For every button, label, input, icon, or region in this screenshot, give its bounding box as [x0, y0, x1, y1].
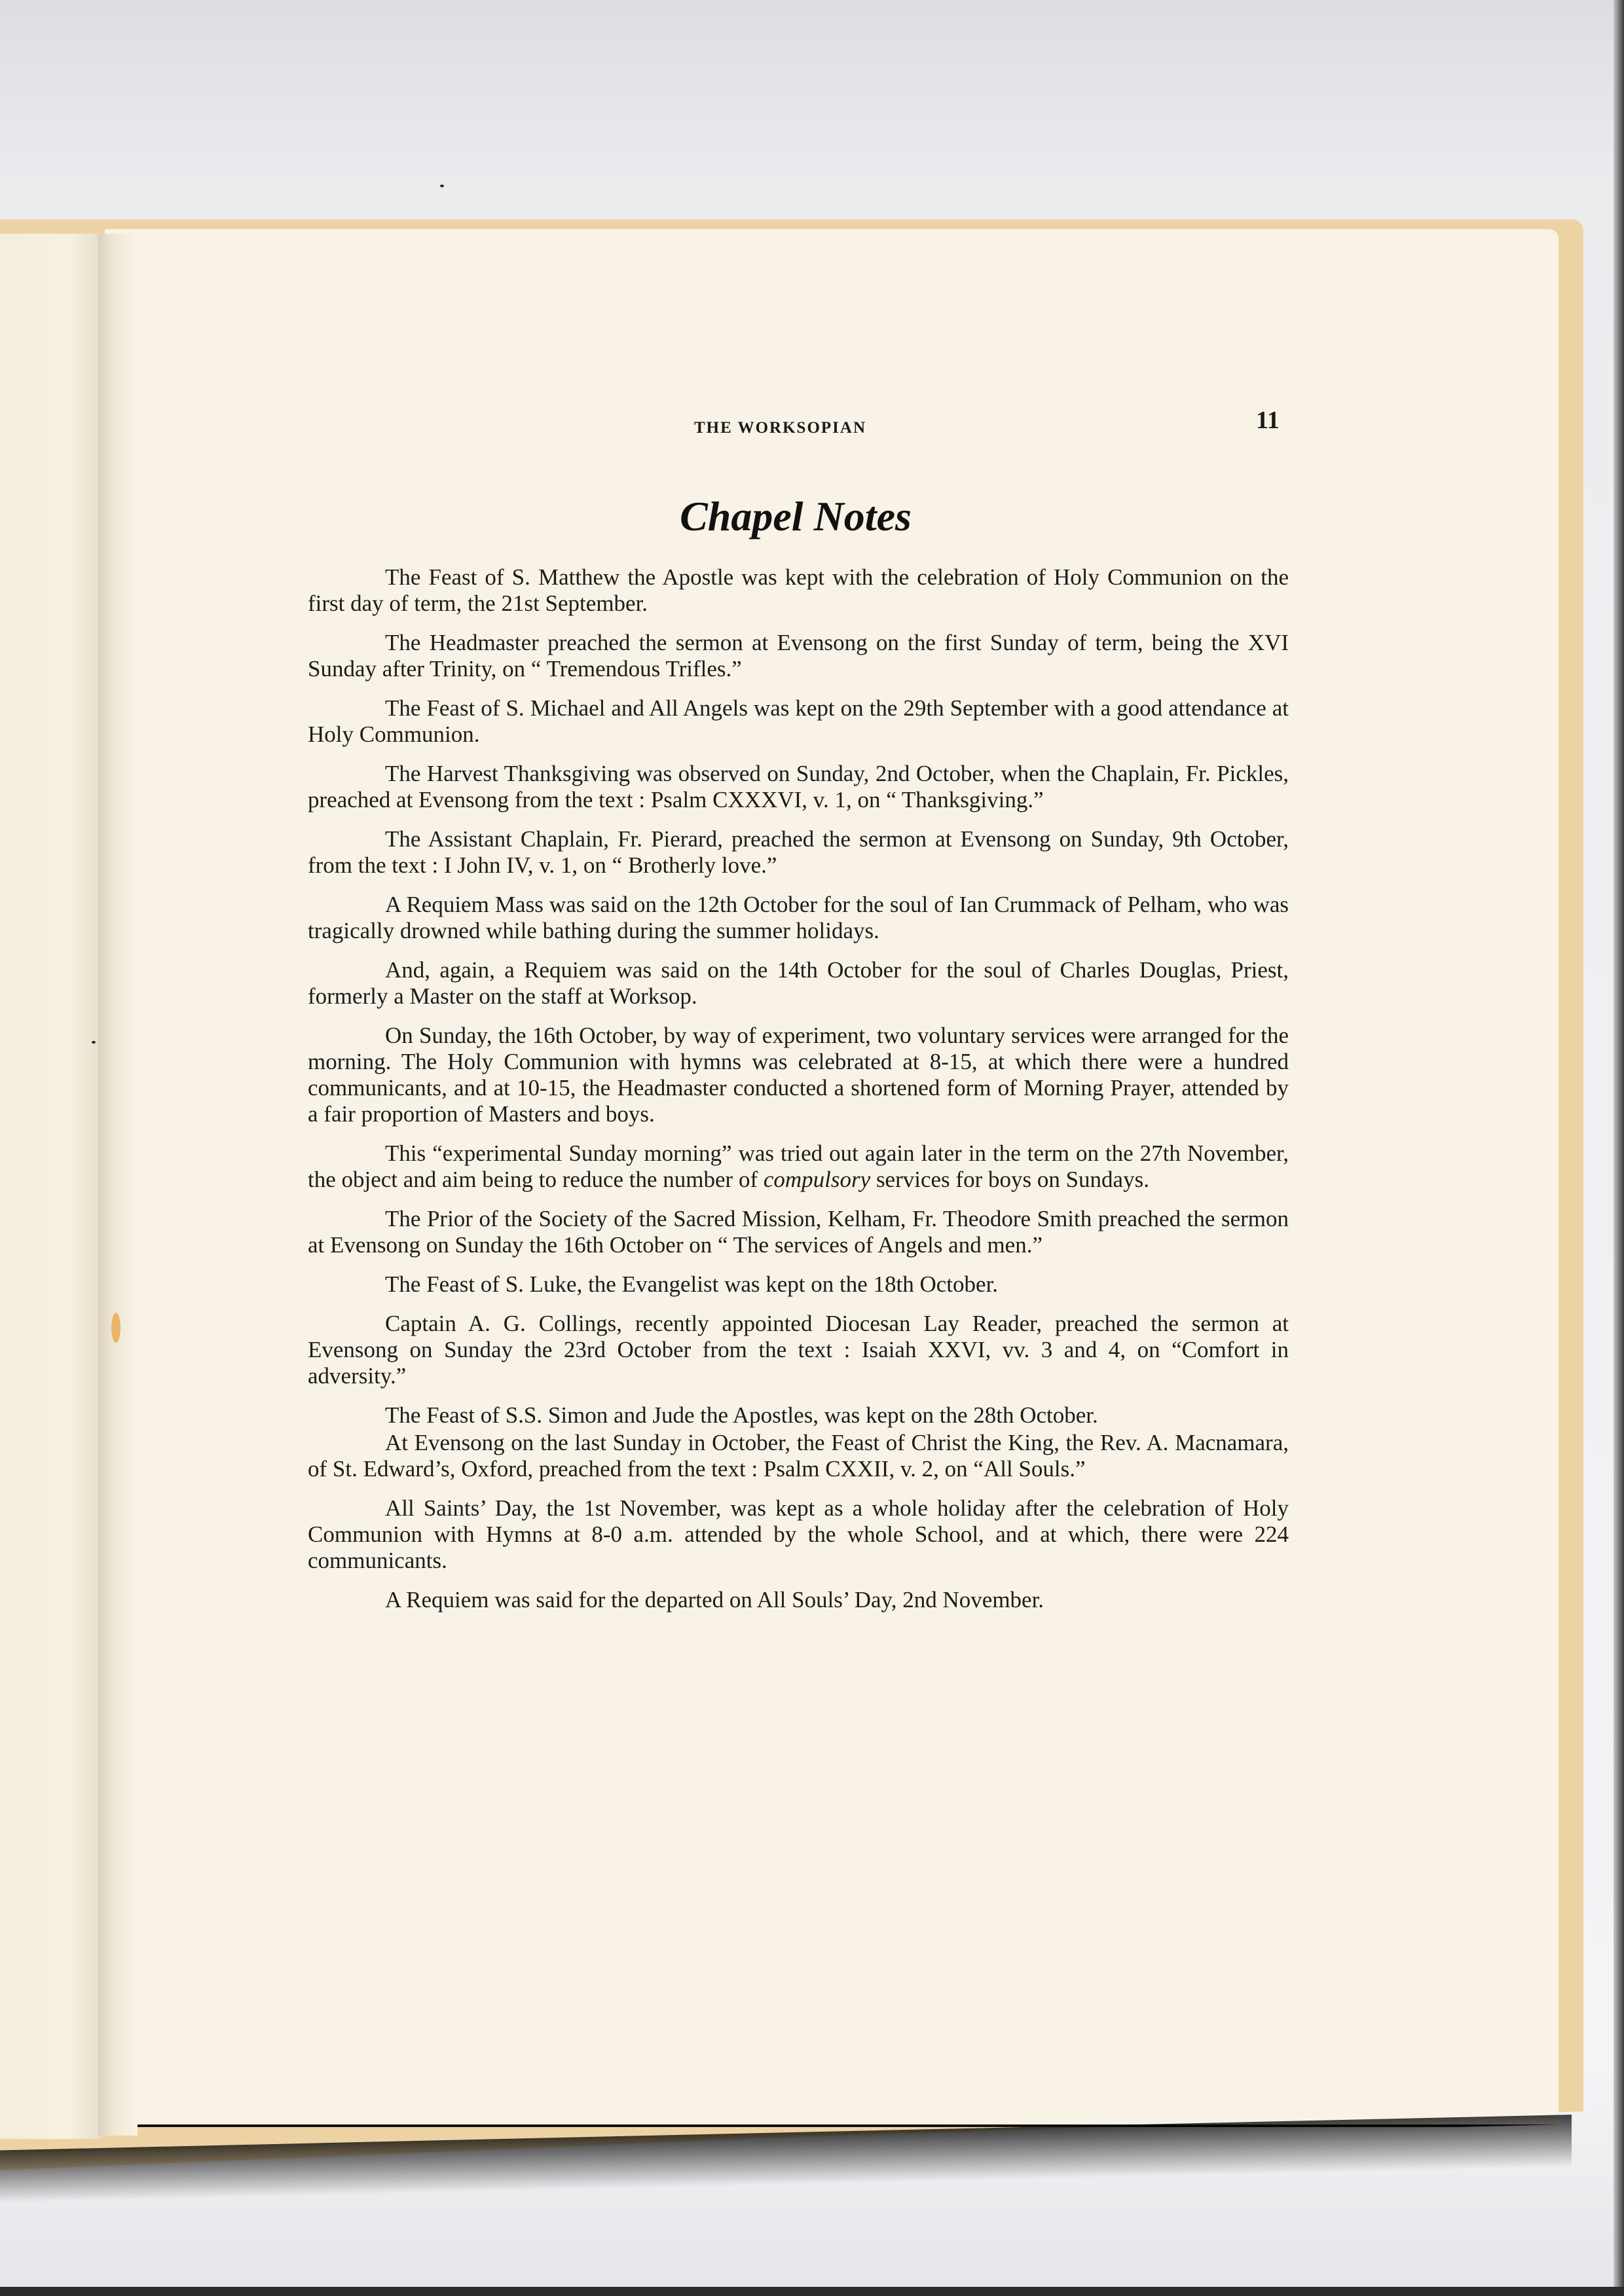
paragraph-all-saints: All Saints’ Day, the 1st November, was k… [308, 1495, 1289, 1574]
paragraph-feast-michael: The Feast of S. Michael and All Angels w… [308, 695, 1289, 748]
paragraph-feast-luke: The Feast of S. Luke, the Evangelist was… [308, 1271, 1289, 1298]
paragraph-requiem-douglas: And, again, a Requiem was said on the 14… [308, 957, 1289, 1010]
paragraph-feast-simon-jude: The Feast of S.S. Simon and Jude the Apo… [308, 1402, 1289, 1429]
running-head: THE WORKSOPIAN [694, 419, 866, 437]
paragraph-headmaster-sermon: The Headmaster preached the sermon at Ev… [308, 630, 1289, 682]
scanner-bottom-edge [0, 2287, 1624, 2296]
article-body: The Feast of S. Matthew the Apostle was … [308, 564, 1289, 1626]
paragraph-requiem-crummack: A Requiem Mass was said on the 12th Octo… [308, 892, 1289, 944]
paper-stain [111, 1313, 120, 1343]
paragraph-prior-kelham: The Prior of the Society of the Sacred M… [308, 1206, 1289, 1258]
paragraph-text: services for boys on Sundays. [870, 1167, 1149, 1192]
paragraph-captain-collings: Captain A. G. Collings, recently appoint… [308, 1311, 1289, 1389]
dust-speck [440, 185, 444, 187]
paragraph-feast-matthew: The Feast of S. Matthew the Apostle was … [308, 564, 1289, 617]
paragraph-harvest-thanksgiving: The Harvest Thanksgiving was observed on… [308, 761, 1289, 813]
scanner-edge [1614, 0, 1624, 2296]
emphasis-compulsory: compulsory [764, 1167, 870, 1192]
paragraph-assistant-chaplain: The Assistant Chaplain, Fr. Pierard, pre… [308, 826, 1289, 879]
paragraph-experimental-sunday: This “experimental Sunday morning” was t… [308, 1140, 1289, 1193]
page-title: Chapel Notes [0, 492, 1591, 541]
paragraph-voluntary-services: On Sunday, the 16th October, by way of e… [308, 1023, 1289, 1127]
dust-speck [92, 1041, 96, 1044]
page-number: 11 [1256, 406, 1280, 435]
paragraph-christ-the-king: At Evensong on the last Sunday in Octobe… [308, 1430, 1289, 1482]
paragraph-all-souls: A Requiem was said for the departed on A… [308, 1587, 1289, 1613]
